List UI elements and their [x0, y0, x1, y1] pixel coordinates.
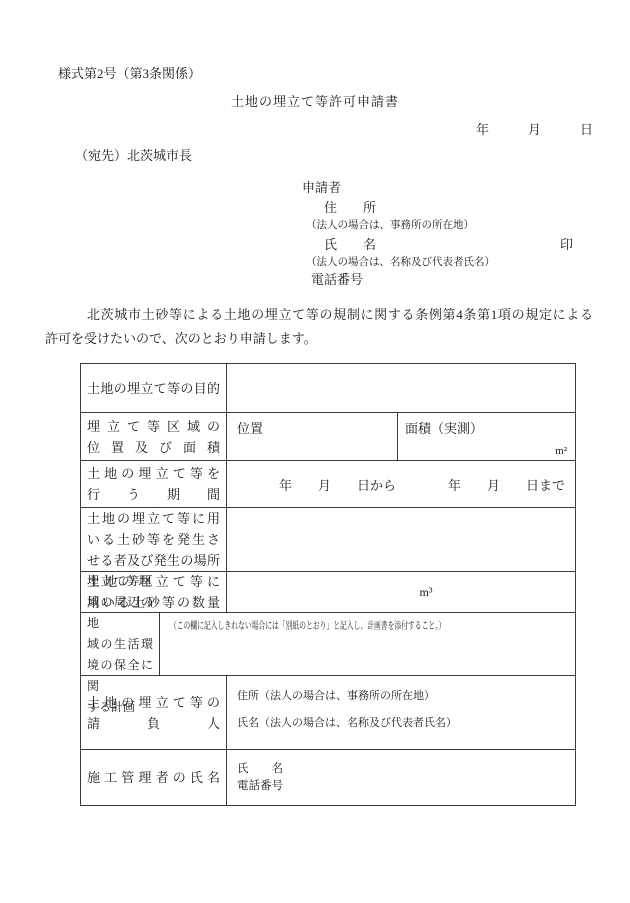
applicant-address-label: 住 所	[324, 200, 376, 216]
row-period-label: 土地の埋立て等を 行 う 期 間	[81, 461, 227, 507]
table-row-period: 土地の埋立て等を 行 う 期 間 年 月 日から 年 月 日まで	[81, 460, 575, 507]
applicant-name-label: 氏 名	[324, 237, 376, 253]
row-purpose-field	[227, 364, 575, 412]
environment-plan-note: （この欄に記入しきれない場合には「別紙のとおり」と記入し、計画書を添付すること。…	[170, 617, 445, 632]
statement-line-2: 許可を受けたいので、次のとおり申請します。	[45, 327, 593, 351]
table-row-purpose: 土地の埋立て等の目的	[81, 364, 575, 412]
application-statement: 北茨城市土砂等による土地の埋立て等の規制に関する条例第4条第1項の規定による 許…	[45, 303, 593, 351]
row-contractor-label: 土地の埋立て等の 請 負 人	[81, 676, 227, 749]
seal-mark: 印	[560, 237, 573, 253]
contractor-name-label: 氏名（法人の場合は、名称及び代表者氏名）	[237, 710, 575, 737]
table-row-environment-plan: 埋立て等区域の周辺の地 域の生活環境の保全に関 する計画 （この欄に記入しきれな…	[81, 612, 575, 675]
area-unit: m²	[555, 445, 567, 457]
table-row-quantity: 土地の埋立て等に 用いる土砂等の数量 m³	[81, 571, 575, 612]
row-purpose-label: 土地の埋立て等の目的	[81, 364, 227, 412]
row-site-manager-label: 施工管理者の氏名	[81, 750, 227, 805]
applicant-address-note: （法人の場合は、事務所の所在地）	[306, 219, 474, 232]
site-manager-name-label: 氏 名	[237, 761, 575, 778]
soil-source-field	[227, 508, 575, 571]
table-row-site-manager: 施工管理者の氏名 氏 名 電話番号	[81, 749, 575, 805]
applicant-heading: 申請者	[302, 180, 341, 196]
addressee-line: （宛先）北茨城市長	[75, 148, 192, 164]
contractor-address-label: 住所（法人の場合は、事務所の所在地）	[237, 683, 575, 710]
contractor-field: 住所（法人の場合は、事務所の所在地） 氏名（法人の場合は、名称及び代表者氏名）	[227, 676, 575, 737]
table-row-location-area: 埋立て等区域の 位置及び面積 位置 面積（実測） m²	[81, 412, 575, 460]
location-field: 位置	[227, 413, 398, 460]
site-manager-phone-label: 電話番号	[237, 778, 575, 795]
environment-plan-field: （この欄に記入しきれない場合には「別紙のとおり」と記入し、計画書を添付すること。…	[160, 613, 575, 632]
row-location-area-label: 埋立て等区域の 位置及び面積	[81, 413, 227, 460]
application-form-page: 様式第2号（第3条関係） 土地の埋立て等許可申請書 年 月 日 （宛先）北茨城市…	[0, 0, 630, 903]
application-table: 土地の埋立て等の目的 埋立て等区域の 位置及び面積 位置 面積（実測） m²	[80, 363, 576, 806]
area-field: 面積（実測） m²	[398, 413, 575, 460]
applicant-name-note: （法人の場合は、名称及び代表者氏名）	[306, 256, 495, 269]
row-environment-plan-label: 埋立て等区域の周辺の地 域の生活環境の保全に関 する計画	[81, 613, 160, 675]
period-field: 年 月 日から 年 月 日まで	[227, 461, 575, 507]
applicant-phone-label: 電話番号	[311, 272, 363, 288]
document-title: 土地の埋立て等許可申請書	[0, 94, 630, 110]
table-row-contractor: 土地の埋立て等の 請 負 人 住所（法人の場合は、事務所の所在地） 氏名（法人の…	[81, 675, 575, 749]
quantity-unit: m³	[227, 572, 575, 612]
date-line: 年 月 日	[0, 122, 593, 138]
row-soil-source-label: 土地の埋立て等に用 いる土砂等を発生さ せる者及び発生の場所	[81, 508, 227, 571]
area-label: 面積（実測）	[405, 421, 483, 436]
form-number: 様式第2号（第3条関係）	[58, 66, 201, 82]
table-row-soil-source: 土地の埋立て等に用 いる土砂等を発生さ せる者及び発生の場所	[81, 507, 575, 571]
site-manager-field: 氏 名 電話番号	[227, 750, 575, 805]
location-label: 位置	[237, 421, 263, 436]
statement-line-1: 北茨城市土砂等による土地の埋立て等の規制に関する条例第4条第1項の規定による	[45, 303, 593, 327]
